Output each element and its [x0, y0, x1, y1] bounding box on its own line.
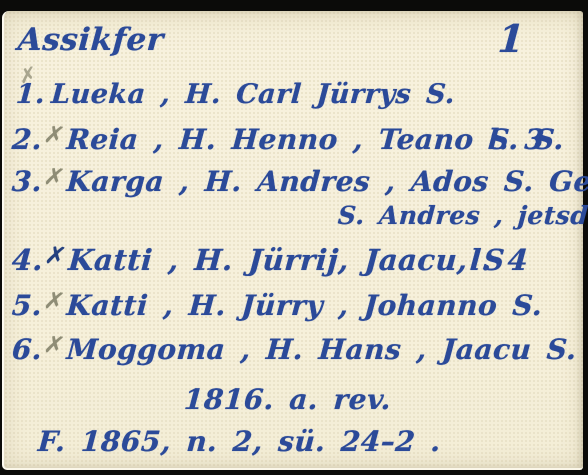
entry-line: 2.✗Reia , H. Henno , Teano S. S.l. 3: [11, 123, 566, 156]
entry-number: 6.: [11, 333, 44, 366]
footer-year: 1816. a. rev.: [183, 383, 393, 416]
entry-line: 3.✗Karga , H. Andres , Ados S. Gest.: [11, 165, 588, 198]
entry-line: 4.✗Katti , H. Jürrij, Jaacu, Sl. 4: [11, 243, 506, 277]
pencil-x-mark: ✗: [42, 162, 68, 193]
leaf-number-note: l. 4: [469, 243, 530, 277]
leaf-number-note: l. 3: [487, 123, 546, 156]
pencil-x-mark: ✗: [42, 286, 68, 317]
entry-number: 5.: [11, 289, 44, 322]
card-title: Assikfer: [17, 22, 165, 58]
entry-line: 5.✗Katti , H. Jürry , Johanno S.: [11, 289, 544, 322]
page-number: 1: [496, 16, 526, 61]
footer-reference: F. 1865, n. 2, sü. 24–2 .: [37, 425, 442, 458]
pencil-x-mark: ✗: [42, 330, 68, 361]
entry-number: 3.: [11, 165, 44, 198]
scanned-card-photo: Assikfer 1 ✗1.Lueka , H. Carl Jürrys S.2…: [0, 0, 588, 475]
entry-text: S. Andres , jetsd. H.: [337, 201, 588, 230]
entry-text: Karga , H. Andres , Ados S. Gest.: [66, 165, 588, 198]
entry-number: 4.: [11, 243, 45, 277]
ink-x-mark: ✗: [43, 240, 70, 272]
pencil-x-mark: ✗: [42, 120, 68, 151]
entry-line: S. Andres , jetsd. H.: [337, 201, 588, 230]
entry-number: 2.: [11, 123, 44, 156]
entry-line: 6.✗Moggoma , H. Hans , Jaacu S. l. 5: [11, 333, 588, 366]
entry-text: Lueka , H. Carl Jürrys S.: [50, 79, 456, 110]
entry-line: ✗1.Lueka , H. Carl Jürrys S.: [15, 79, 456, 110]
entry-text: Katti , H. Jürrij, Jaacu, S: [67, 243, 506, 277]
pencil-x-mark: ✗: [18, 61, 39, 88]
entry-text: Moggoma , H. Hans , Jaacu S. l. 5: [66, 333, 588, 366]
entry-text: Katti , H. Jürry , Johanno S.: [66, 289, 544, 322]
